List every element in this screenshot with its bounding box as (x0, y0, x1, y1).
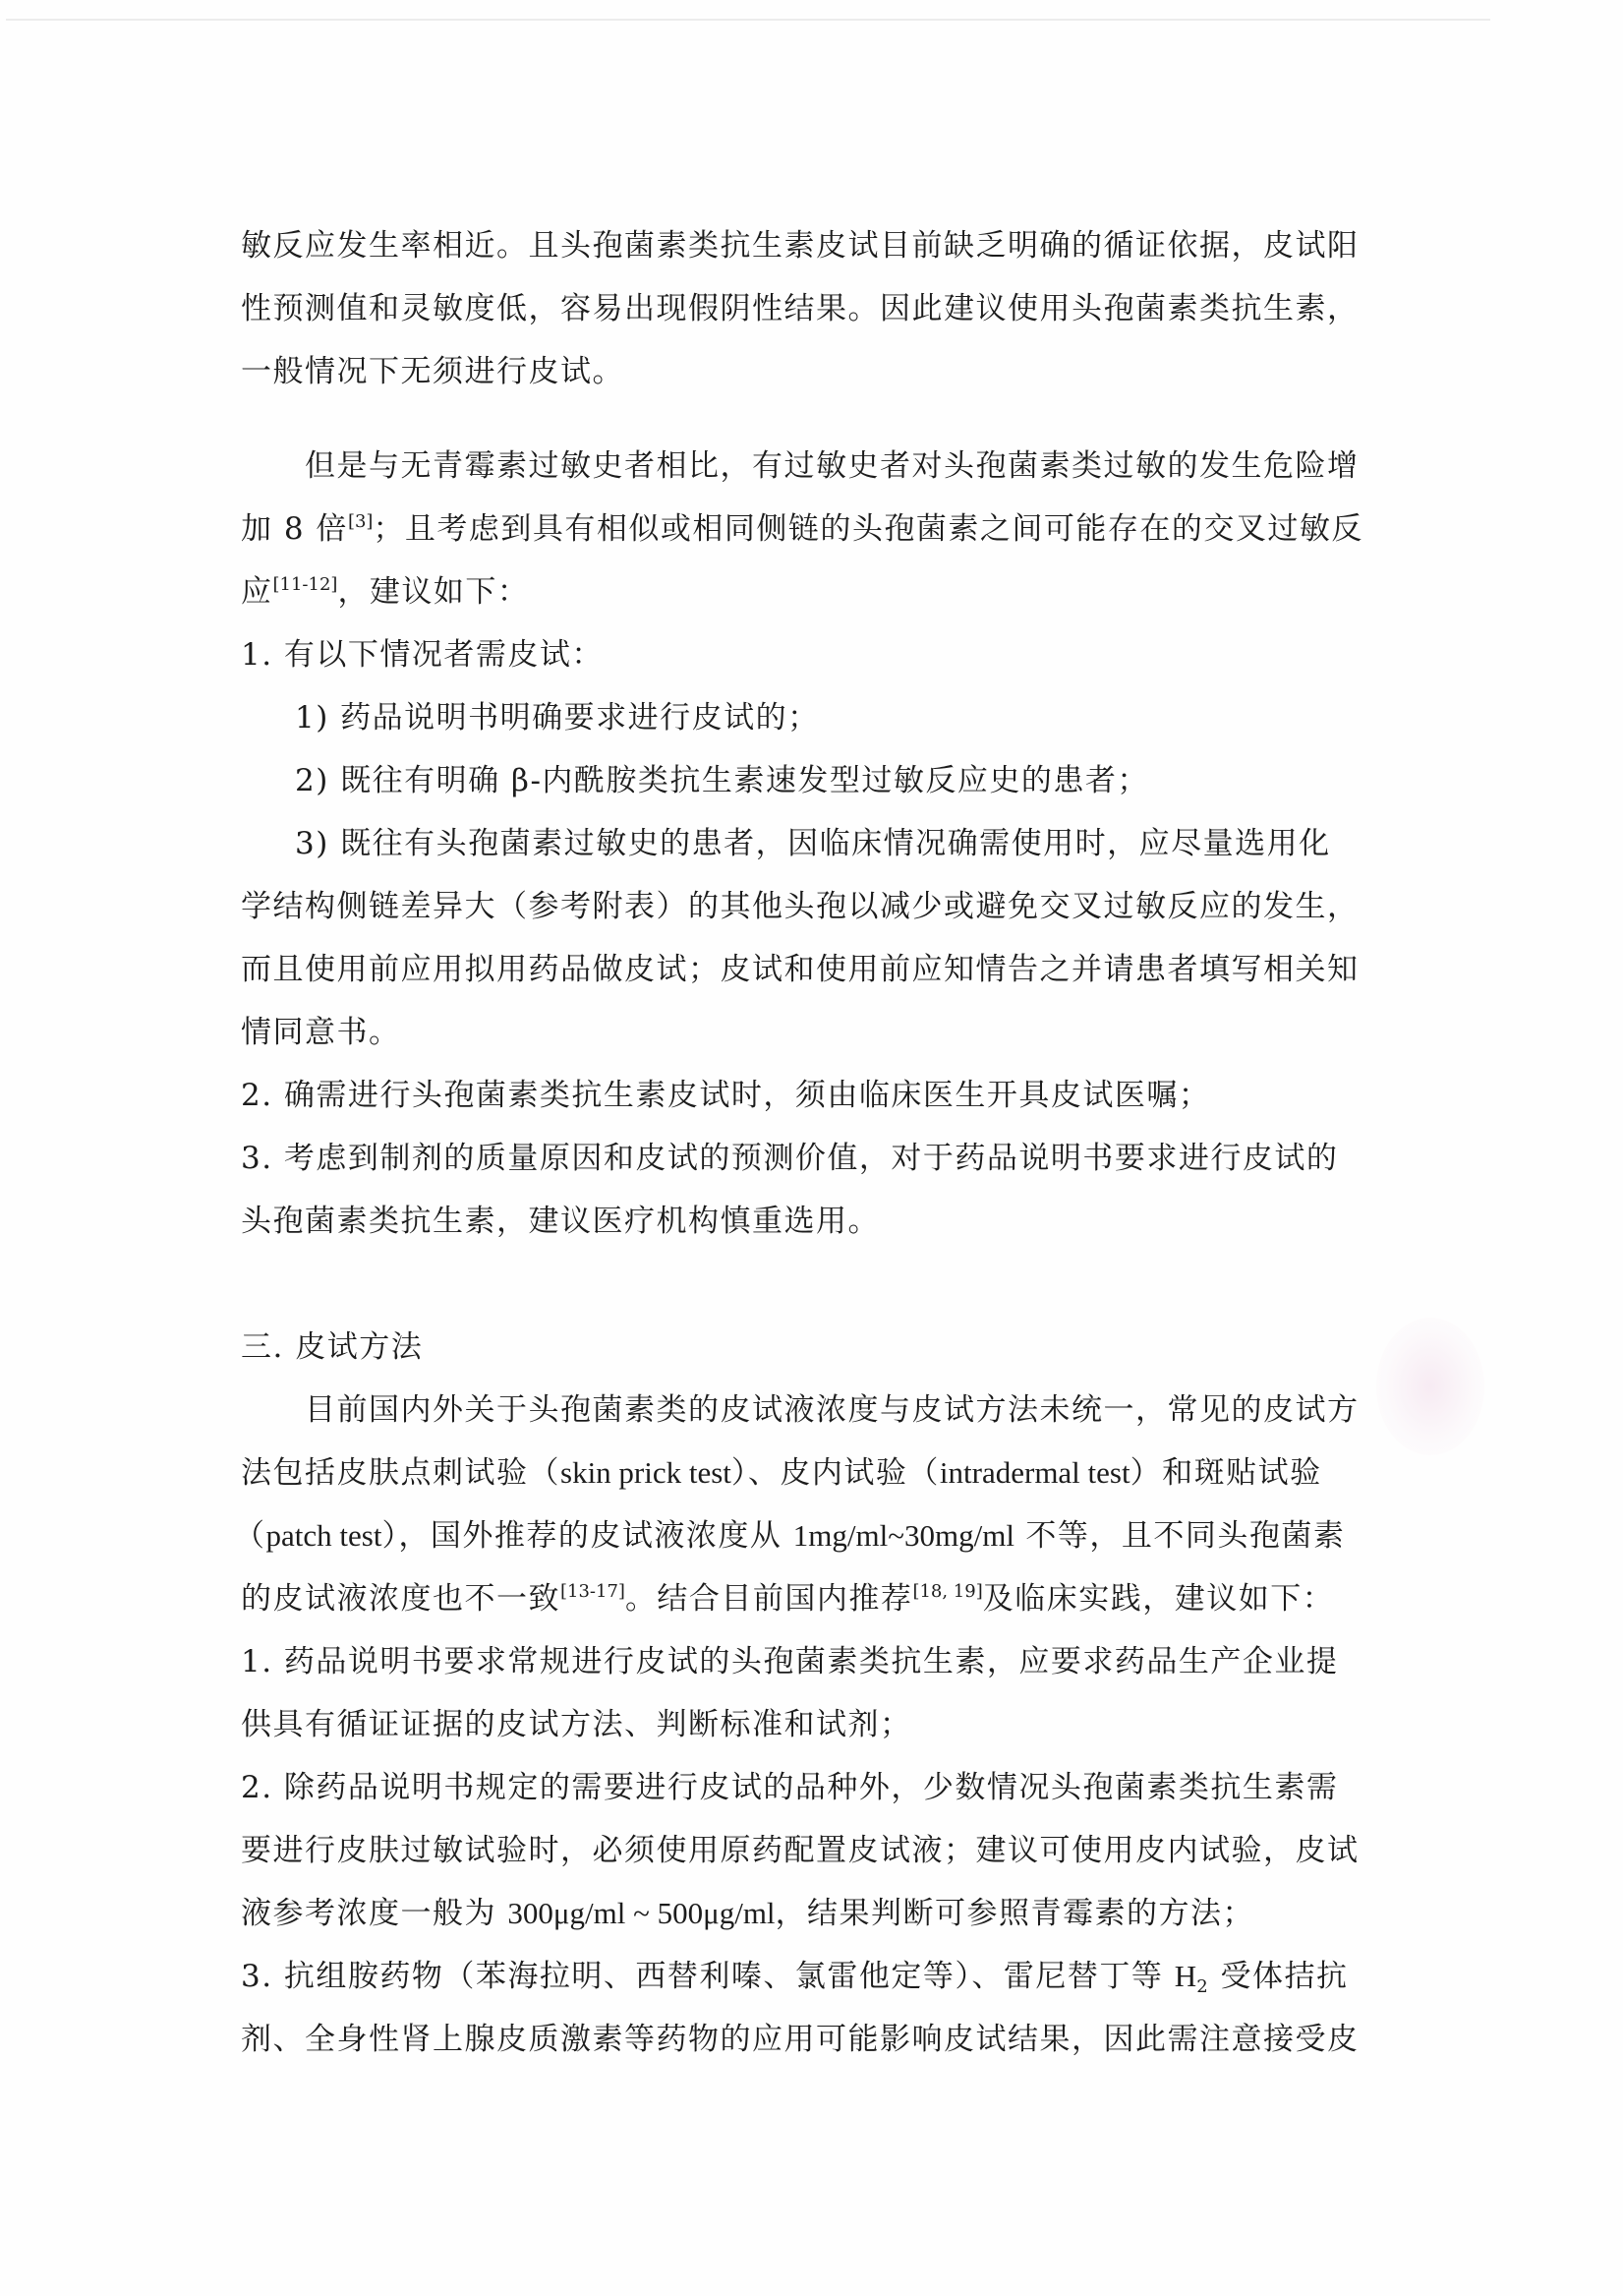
document-page: 敏反应发生率相近。且头孢菌素类抗生素皮试目前缺乏明确的循证依据，皮试阳 性预测值… (0, 0, 1623, 2296)
paragraph-line: 敏反应发生率相近。且头孢菌素类抗生素皮试目前缺乏明确的循证依据，皮试阳 (241, 226, 1360, 265)
text-run: 受体拮抗 (1209, 1959, 1348, 1994)
list-item-cont: 情同意书。 (241, 1013, 401, 1052)
citation-ref: [18, 19] (912, 1581, 982, 1602)
paragraph-line: 目前国内外关于头孢菌素类的皮试液浓度与皮试方法未统一，常见的皮试方 (305, 1390, 1360, 1430)
citation-ref: [13-17] (560, 1581, 625, 1602)
paragraph-line: 但是与无青霉素过敏史者相比，有过敏史者对头孢菌素类过敏的发生危险增 (305, 446, 1360, 486)
text-run: 加 8 倍 (241, 511, 348, 547)
paragraph-line: 法包括皮肤点刺试验（skin prick test）、皮内试验（intrader… (241, 1453, 1322, 1493)
list-item-cont: 而且使用前应用拟用药品做皮试；皮试和使用前应知情告之并请患者填写相关知 (241, 950, 1360, 989)
list-item-cont: 学结构侧链差异大（参考附表）的其他头孢以减少或避免交叉过敏反应的发生， (241, 887, 1360, 926)
list-item-cont: 供具有循证证据的皮试方法、判断标准和试剂； (241, 1705, 912, 1744)
text-run: 1mg/ml~30mg/ml (793, 1518, 1014, 1553)
paragraph-line: （patch test），国外推荐的皮试液浓度从 1mg/ml~30mg/ml … (234, 1516, 1345, 1556)
text-run: ，结果判断可参照青霉素的方法； (776, 1896, 1255, 1931)
list-item-cont: 液参考浓度一般为 300μg/ml ~ 500μg/ml，结果判断可参照青霉素的… (241, 1894, 1254, 1933)
text-run: patch test (266, 1518, 382, 1553)
text-run: skin prick test (560, 1455, 731, 1490)
paragraph-line: 的皮试液浓度也不一致[13-17]。结合目前国内推荐[18, 19]及临床实践，… (241, 1579, 1334, 1619)
list-item-cont: 要进行皮肤过敏试验时，必须使用原药配置皮试液；建议可使用皮内试验，皮试 (241, 1831, 1360, 1870)
text-run: intradermal test (940, 1455, 1130, 1490)
list-item: 2. 确需进行头孢菌素类抗生素皮试时，须由临床医生开具皮试医嘱； (241, 1076, 1210, 1115)
text-run: ）、皮内试验（ (731, 1455, 940, 1491)
text-run: ；且考虑到具有相似或相同侧链的头孢菌素之间可能存在的交叉过敏反 (373, 511, 1363, 547)
citation-ref: [3] (348, 511, 374, 532)
text-run: ，建议如下： (337, 574, 529, 610)
text-run: 液参考浓度一般为 (241, 1896, 507, 1931)
text-run: 及临床实践，建议如下： (983, 1581, 1335, 1617)
scan-stain (1376, 1318, 1484, 1455)
list-item: 1. 药品说明书要求常规进行皮试的头孢菌素类抗生素，应要求药品生产企业提 (241, 1642, 1338, 1681)
paragraph-line: 加 8 倍[3]；且考虑到具有相似或相同侧链的头孢菌素之间可能存在的交叉过敏反 (241, 509, 1363, 549)
scan-edge-line (6, 19, 1490, 21)
text-run: 300μg/ml ~ 500μg/ml (507, 1896, 775, 1930)
text-run: 的皮试液浓度也不一致 (241, 1581, 560, 1617)
text-run: 法包括皮肤点刺试验（ (241, 1455, 560, 1491)
paragraph-line: 性预测值和灵敏度低，容易出现假阴性结果。因此建议使用头孢菌素类抗生素， (241, 289, 1360, 328)
list-heading: 1. 有以下情况者需皮试： (241, 635, 604, 675)
list-item: 1) 药品说明书明确要求进行皮试的； (295, 698, 820, 737)
chemical-symbol: H (1175, 1959, 1196, 1993)
text-run: 应 (241, 574, 273, 610)
list-item-cont: 头孢菌素类抗生素，建议医疗机构慎重选用。 (241, 1202, 880, 1241)
list-item: 3. 抗组胺药物（苯海拉明、西替利嗪、氯雷他定等）、雷尼替丁等 H2 受体拮抗 (241, 1957, 1349, 1996)
subscript: 2 (1196, 1976, 1209, 1997)
text-run: ）和斑贴试验 (1130, 1455, 1322, 1491)
paragraph-line: 应[11-12]，建议如下： (241, 572, 529, 612)
list-item-cont: 剂、全身性肾上腺皮质激素等药物的应用可能影响皮试结果，因此需注意接受皮 (241, 2020, 1360, 2059)
text-run: 3. 抗组胺药物（苯海拉明、西替利嗪、氯雷他定等）、雷尼替丁等 (241, 1959, 1175, 1994)
list-item: 2. 除药品说明书规定的需要进行皮试的品种外，少数情况头孢菌素类抗生素需 (241, 1768, 1338, 1807)
list-item: 3. 考虑到制剂的质量原因和皮试的预测价值，对于药品说明书要求进行皮试的 (241, 1139, 1338, 1178)
text-run: ），国外推荐的皮试液浓度从 (381, 1518, 792, 1554)
list-item: 3) 既往有头孢菌素过敏史的患者，因临床情况确需使用时，应尽量选用化 (295, 824, 1331, 863)
text-run: 。结合目前国内推荐 (625, 1581, 913, 1617)
paragraph-line: 一般情况下无须进行皮试。 (241, 352, 624, 391)
list-item: 2) 既往有明确 β-内酰胺类抗生素速发型过敏反应史的患者； (295, 761, 1149, 800)
citation-ref: [11-12] (273, 574, 338, 595)
text-run: （ (234, 1518, 266, 1554)
text-run: 不等，且不同头孢菌素 (1014, 1518, 1345, 1554)
section-heading: 三. 皮试方法 (241, 1327, 423, 1367)
